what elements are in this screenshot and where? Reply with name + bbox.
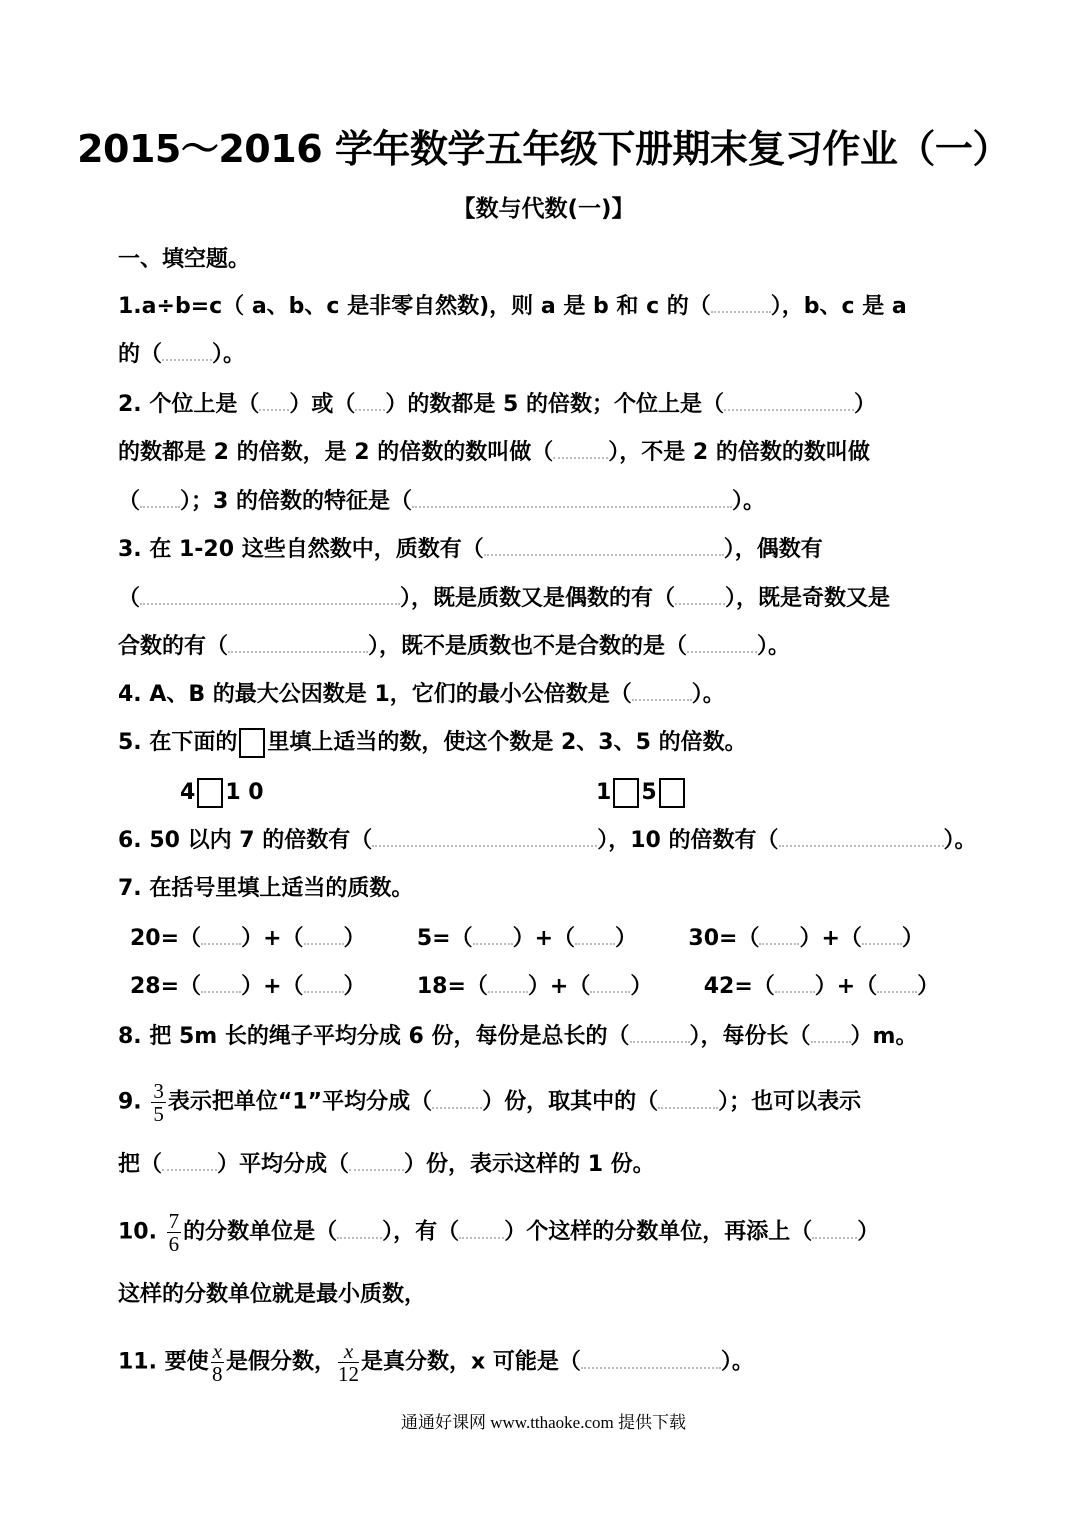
answer-blank[interactable] <box>459 1221 504 1239</box>
answer-blank[interactable] <box>724 393 854 411</box>
footer-credit: 通通好课网 www.tthaoke.com 提供下载 <box>0 1408 1087 1433</box>
question-1-line-1: 1.a÷b=c（ a、b、c 是非零自然数)，则 a 是 b 和 c 的（），b… <box>118 292 907 322</box>
question-9-line-2: 把（）平均分成（）份，表示这样的 1 份。 <box>118 1150 655 1180</box>
question-5-number-2: 15 <box>596 778 687 808</box>
question-2-line-2: 的数都是 2 的倍数，是 2 的倍数的数叫做（），不是 2 的倍数的数叫做 <box>118 438 870 468</box>
answer-blank[interactable] <box>581 1351 721 1369</box>
answer-blank[interactable] <box>473 927 513 945</box>
fraction-x-12: x12 <box>338 1340 359 1385</box>
question-6: 6. 50 以内 7 的倍数有（），10 的倍数有（）。 <box>118 826 977 856</box>
digit-box[interactable] <box>659 778 685 808</box>
fraction-3-5: 35 <box>151 1080 166 1125</box>
question-1-line-2: 的（）。 <box>118 340 245 370</box>
question-2-line-3: （）；3 的倍数的特征是（）。 <box>118 487 765 517</box>
answer-blank[interactable] <box>488 975 528 993</box>
answer-blank[interactable] <box>775 975 815 993</box>
answer-blank[interactable] <box>355 393 385 411</box>
question-11: 11. 要使x8是假分数，x12是真分数，x 可能是（）。 <box>118 1340 754 1385</box>
answer-blank[interactable] <box>304 927 344 945</box>
page-title: 2015～2016 学年数学五年级下册期末复习作业（一） <box>0 118 1087 173</box>
answer-blank[interactable] <box>412 490 732 508</box>
digit-box[interactable] <box>197 778 223 808</box>
answer-blank[interactable] <box>372 829 597 847</box>
answer-blank[interactable] <box>877 975 917 993</box>
question-5-number-1: 41 0 <box>180 778 264 808</box>
answer-blank[interactable] <box>630 1025 690 1043</box>
answer-blank[interactable] <box>162 343 212 361</box>
section-heading: 一、填空题。 <box>118 245 250 275</box>
fraction-7-6: 76 <box>167 1210 182 1255</box>
answer-blank[interactable] <box>140 587 400 605</box>
answer-blank[interactable] <box>259 393 289 411</box>
question-5: 5. 在下面的里填上适当的数，使这个数是 2、3、5 的倍数。 <box>118 728 747 758</box>
question-8: 8. 把 5m 长的绳子平均分成 6 份，每份是总长的（），每份长（）m。 <box>118 1022 917 1052</box>
answer-blank[interactable] <box>632 683 692 701</box>
question-2-line-1: 2. 个位上是（）或（）的数都是 5 的倍数；个位上是（） <box>118 390 876 420</box>
question-4: 4. A、B 的最大公因数是 1，它们的最小公倍数是（）。 <box>118 680 725 710</box>
digit-box[interactable] <box>613 778 639 808</box>
answer-blank[interactable] <box>575 927 615 945</box>
answer-blank[interactable] <box>862 927 902 945</box>
answer-blank[interactable] <box>779 829 944 847</box>
answer-blank[interactable] <box>553 441 608 459</box>
answer-blank[interactable] <box>590 975 630 993</box>
question-3-line-3: 合数的有（），既不是质数也不是合数的是（）。 <box>118 632 790 662</box>
answer-blank[interactable] <box>349 1153 404 1171</box>
answer-blank[interactable] <box>432 1091 482 1109</box>
answer-blank[interactable] <box>201 927 241 945</box>
square-box-icon <box>239 728 265 758</box>
answer-blank[interactable] <box>759 927 799 945</box>
section-subtitle: 【数与代数(一)】 <box>0 190 1087 223</box>
answer-blank[interactable] <box>675 587 725 605</box>
answer-blank[interactable] <box>811 1025 851 1043</box>
question-3-line-1: 3. 在 1-20 这些自然数中，质数有（），偶数有 <box>118 535 823 565</box>
answer-blank[interactable] <box>658 1091 718 1109</box>
answer-blank[interactable] <box>337 1221 382 1239</box>
answer-blank[interactable] <box>228 635 368 653</box>
answer-blank[interactable] <box>484 538 724 556</box>
question-7-row-2: 28=（）+（） 18=（）+（） 42=（）+（） <box>130 972 939 1002</box>
answer-blank[interactable] <box>201 975 241 993</box>
answer-blank[interactable] <box>304 975 344 993</box>
answer-blank[interactable] <box>140 490 180 508</box>
answer-blank[interactable] <box>711 295 771 313</box>
question-9-line-1: 9. 35表示把单位“1”平均分成（）份，取其中的（）；也可以表示 <box>118 1080 861 1125</box>
question-7-row-1: 20=（）+（） 5=（）+（） 30=（）+（） <box>130 924 924 954</box>
answer-blank[interactable] <box>687 635 757 653</box>
question-10-line-2: 这样的分数单位就是最小质数， <box>118 1280 426 1310</box>
question-10-line-1: 10. 76的分数单位是（），有（）个这样的分数单位，再添上（） <box>118 1210 879 1255</box>
question-7: 7. 在括号里填上适当的质数。 <box>118 874 413 904</box>
fraction-x-8: x8 <box>211 1340 224 1385</box>
answer-blank[interactable] <box>812 1221 857 1239</box>
question-3-line-2: （），既是质数又是偶数的有（），既是奇数又是 <box>118 584 890 614</box>
answer-blank[interactable] <box>162 1153 217 1171</box>
